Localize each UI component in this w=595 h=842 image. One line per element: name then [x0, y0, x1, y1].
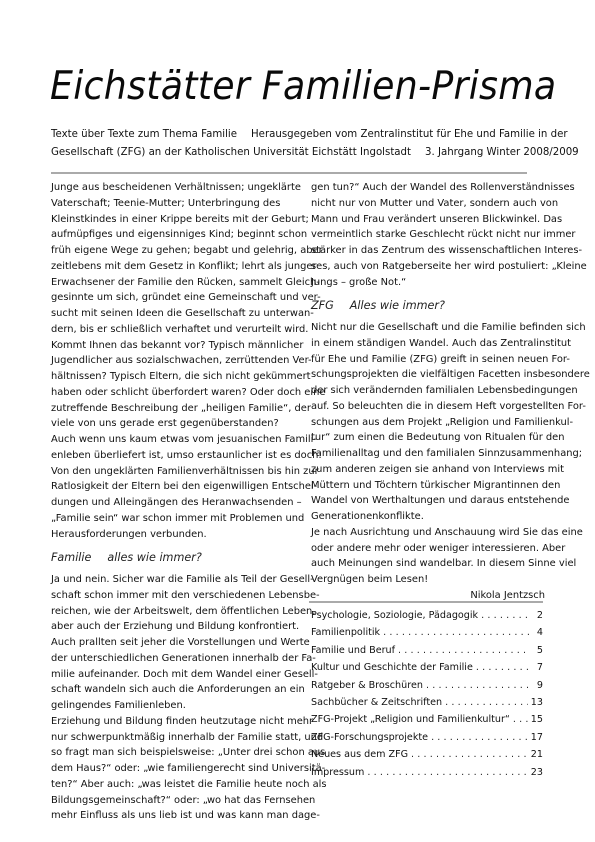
text-line: dungen und Alleingängen des Heranwachsen… — [51, 495, 287, 511]
subtitle-issue: 3. Jahrgang Winter 2008/2009 — [425, 147, 579, 158]
text-line: aufmüpfiges und eigensinniges Kind; begi… — [51, 227, 287, 243]
toc-entry[interactable]: Impressum...............................… — [311, 767, 543, 784]
text-line: schungen aus dem Projekt „Religion und F… — [311, 415, 547, 431]
text-line: tur“ zum einen die Bedeutung von Rituale… — [311, 430, 547, 446]
text-line: hältnissen? Typisch Eltern, die sich nic… — [51, 369, 287, 385]
toc-leader-dots: ........................................… — [398, 645, 530, 656]
toc-leader-dots: ........................................… — [367, 767, 527, 778]
newsletter-page: Eichstätter Familien-Prisma Texte über T… — [0, 0, 595, 842]
toc-entry[interactable]: ZFG-Forschungsprojekte..................… — [311, 732, 543, 749]
text-line: nur schwerpunktmäßig innerhalb der Famil… — [51, 730, 287, 746]
toc-entry[interactable]: Familienpolitik.........................… — [311, 627, 543, 644]
text-line: ses, auch von Ratgeberseite her wird pos… — [311, 259, 547, 275]
intro-paragraph: Junge aus bescheidenen Verhältnissen; un… — [51, 180, 287, 542]
toc-entry[interactable]: Sachbücher & Zeitschriften..............… — [311, 697, 543, 714]
text-line: Vergnügen beim Lesen! — [311, 572, 547, 588]
toc-entry-label: Impressum — [311, 767, 364, 778]
toc-entry[interactable]: Neues aus dem ZFG.......................… — [311, 749, 543, 766]
toc-leader-dots: ........................................… — [411, 749, 528, 760]
text-line: viele von uns gerade erst gegenüberstand… — [51, 416, 287, 432]
text-line: gesinnte um sich, gründet eine Gemeinsch… — [51, 290, 287, 306]
text-line: Auch wenn uns kaum etwas vom jesuanische… — [51, 432, 287, 448]
text-line: Junge aus bescheidenen Verhältnissen; un… — [51, 180, 287, 196]
header-divider — [51, 172, 527, 174]
text-line: in einem ständigen Wandel. Auch das Zent… — [311, 336, 547, 352]
toc-entry-label: Sachbücher & Zeitschriften — [311, 697, 442, 708]
text-line: Auch prallten seit jeher die Vorstellung… — [51, 635, 287, 651]
text-line: so fragt man sich beispielsweise: „Unter… — [51, 745, 287, 761]
toc-entry-label: Kultur und Geschichte der Familie — [311, 662, 473, 673]
text-line: Kleinstkindes in einer Krippe bereits mi… — [51, 212, 287, 228]
text-line: dem Haus?“ oder: „wie familiengerecht si… — [51, 761, 287, 777]
subtitle-tagline: Texte über Texte zum Thema Familie — [51, 129, 237, 140]
text-line: vermeintlich starke Geschlecht rückt nic… — [311, 227, 547, 243]
section-heading-label: ZFG — [311, 299, 334, 312]
subtitle-line-1: Texte über Texte zum Thema FamilieHeraus… — [51, 126, 543, 144]
text-line: Bildungsgemeinschaft?“ oder: „wo hat das… — [51, 793, 287, 809]
text-line: oder andere mehr oder weniger interessie… — [311, 541, 547, 557]
text-line: Familienalltag und den familialen Sinnzu… — [311, 446, 547, 462]
toc-entry-page: 17 — [531, 732, 543, 743]
left-column: Junge aus bescheidenen Verhältnissen; un… — [51, 180, 287, 824]
toc-entry-page: 13 — [531, 697, 543, 708]
text-line: Wandel von Werthaltungen und daraus ents… — [311, 493, 547, 509]
text-line: mehr Einfluss als uns lieb ist und was k… — [51, 808, 287, 824]
section-heading-subtitle: Alles wie immer? — [350, 299, 445, 312]
toc-entry-page: 4 — [533, 627, 543, 638]
text-line: Je nach Ausrichtung und Anschauung wird … — [311, 525, 547, 541]
toc-leader-dots: ........................................… — [476, 662, 530, 673]
toc-entry-label: Psychologie, Soziologie, Pädagogik — [311, 610, 478, 621]
text-line: enleben überliefert ist, umso erstaunlic… — [51, 448, 287, 464]
text-line: zum anderen zeigen sie anhand von Interv… — [311, 462, 547, 478]
text-line: Kommt Ihnen das bekannt vor? Typisch män… — [51, 338, 287, 354]
toc-entry-label: Neues aus dem ZFG — [311, 749, 408, 760]
toc-entry-label: ZFG-Forschungsprojekte — [311, 732, 428, 743]
text-line: Erwachsener der Familie den Rücken, samm… — [51, 275, 287, 291]
text-line: Ratlosigkeit der Eltern bei den eigenwil… — [51, 479, 287, 495]
text-line: dern, bis er schließlich verhaftet und v… — [51, 322, 287, 338]
text-line: der unterschiedlichen Generationen inner… — [51, 651, 287, 667]
toc-entry-label: Ratgeber & Broschüren — [311, 680, 423, 691]
text-line: schungsprojekten die vielfältigen Facett… — [311, 367, 547, 383]
right-column: gen tun?“ Auch der Wandel des Rollenvers… — [311, 180, 547, 604]
page-title: Eichstätter Familien-Prisma — [50, 64, 556, 109]
toc-entry[interactable]: Psychologie, Soziologie, Pädagogik......… — [311, 610, 543, 627]
section-heading-label: Familie — [51, 551, 91, 564]
text-line: Generationenkonflikte. — [311, 509, 547, 525]
text-line: auch Meinungen sind wandelbar. In diesem… — [311, 556, 547, 572]
toc-leader-dots: ........................................… — [431, 732, 528, 743]
toc-leader-dots: ........................................… — [445, 697, 528, 708]
text-line: zeitlebens mit dem Gesetz in Konflikt; l… — [51, 259, 287, 275]
text-line: aber auch der Erziehung und Bildung konf… — [51, 619, 287, 635]
toc-entry-page: 23 — [531, 767, 543, 778]
toc-entry-page: 21 — [531, 749, 543, 760]
text-line: früh eigene Wege zu gehen; begabt und ge… — [51, 243, 287, 259]
text-line: Erziehung und Bildung finden heutzutage … — [51, 714, 287, 730]
text-line: Jugendlicher aus sozialschwachen, zerrüt… — [51, 353, 287, 369]
text-line: milie aufeinander. Doch mit dem Wandel e… — [51, 667, 287, 683]
text-line: auf. So beleuchten die in diesem Heft vo… — [311, 399, 547, 415]
toc-entry-page: 15 — [531, 714, 543, 725]
toc-entry-page: 7 — [533, 662, 543, 673]
text-line: Von den ungeklärten Familienverhältnisse… — [51, 464, 287, 480]
toc-entry-page: 2 — [533, 610, 543, 621]
toc-entry-page: 9 — [533, 680, 543, 691]
text-line: sucht mit seinen Ideen die Gesellschaft … — [51, 306, 287, 322]
toc-leader-dots: ........................................… — [481, 610, 530, 621]
toc-entry-label: Familienpolitik — [311, 627, 380, 638]
section-heading-subtitle: alles wie immer? — [107, 551, 201, 564]
text-line: stärker in das Zentrum des wissenschaftl… — [311, 243, 547, 259]
text-line: Müttern und Töchtern türkischer Migranti… — [311, 478, 547, 494]
text-line: haben oder schlicht überfordert waren? O… — [51, 385, 287, 401]
text-line: gelingendes Familienleben. — [51, 698, 287, 714]
toc-entry-label: Familie und Beruf — [311, 645, 395, 656]
section-paragraph: Nicht nur die Gesellschaft und die Famil… — [311, 320, 547, 588]
toc-entry[interactable]: ZFG-Projekt „Religion und Familienkultur… — [311, 714, 543, 731]
text-line: zutreffende Beschreibung der „heiligen F… — [51, 401, 287, 417]
subtitle-institution: Gesellschaft (ZFG) an der Katholischen U… — [51, 147, 411, 158]
text-line: der sich verändernden familialen Lebensb… — [311, 383, 547, 399]
section-heading-familie: Familiealles wie immer? — [51, 550, 287, 566]
text-line: reichen, wie der Arbeitswelt, dem öffent… — [51, 604, 287, 620]
text-line: ten?“ Aber auch: „was leistet die Famili… — [51, 777, 287, 793]
text-line: gen tun?“ Auch der Wandel des Rollenvers… — [311, 180, 547, 196]
toc-leader-dots: ........................................… — [513, 714, 528, 725]
text-line: für Ehe und Familie (ZFG) greift in sein… — [311, 352, 547, 368]
text-line: Ja und nein. Sicher war die Familie als … — [51, 572, 287, 588]
toc-entry[interactable]: Familie und Beruf.......................… — [311, 645, 543, 662]
toc-entry-page: 5 — [533, 645, 543, 656]
section-heading-zfg: ZFGAlles wie immer? — [311, 298, 547, 314]
toc-divider — [309, 601, 543, 603]
text-line: schaft wandeln sich auch die Anforderung… — [51, 682, 287, 698]
section-paragraph: Ja und nein. Sicher war die Familie als … — [51, 572, 287, 824]
toc-entry-label: ZFG-Projekt „Religion und Familienkultur… — [311, 714, 510, 725]
text-line: Mann und Frau verändert unseren Blickwin… — [311, 212, 547, 228]
toc-leader-dots: ........................................… — [426, 680, 530, 691]
text-line: schaft schon immer mit den verschiedenen… — [51, 588, 287, 604]
text-line: Vaterschaft; Teenie-Mutter; Unterbringun… — [51, 196, 287, 212]
text-line: Jungs – große Not.“ — [311, 275, 547, 291]
subtitle-publisher: Herausgegeben vom Zentralinstitut für Eh… — [251, 129, 568, 140]
table-of-contents: Psychologie, Soziologie, Pädagogik......… — [311, 610, 543, 784]
toc-entry[interactable]: Kultur und Geschichte der Familie.......… — [311, 662, 543, 679]
text-line: nicht nur von Mutter und Vater, sondern … — [311, 196, 547, 212]
toc-entry[interactable]: Ratgeber & Broschüren...................… — [311, 680, 543, 697]
text-line: Herausforderungen verbunden. — [51, 527, 287, 543]
text-line: Nicht nur die Gesellschaft und die Famil… — [311, 320, 547, 336]
continued-paragraph: gen tun?“ Auch der Wandel des Rollenvers… — [311, 180, 547, 290]
subtitle-line-2: Gesellschaft (ZFG) an der Katholischen U… — [51, 144, 543, 162]
text-line: „Familie sein“ war schon immer mit Probl… — [51, 511, 287, 527]
toc-leader-dots: ........................................… — [383, 627, 530, 638]
